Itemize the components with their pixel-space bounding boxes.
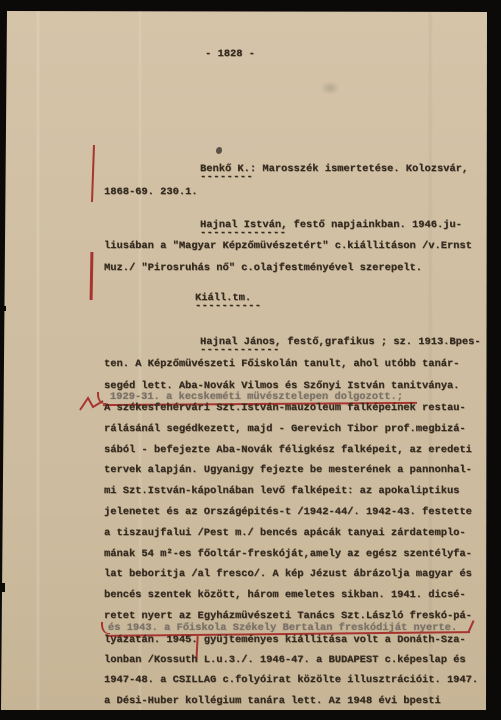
ink-smudge [216, 147, 222, 154]
paragraph-line: retet nyert az Egyházmüvészeti Tanács Sz… [104, 610, 472, 622]
red-margin-line-2 [90, 252, 93, 300]
kiall-underline: ---------- [195, 300, 261, 312]
paragraph-line: tervek alapján. Ugyanigy fejezte be mest… [104, 464, 472, 476]
paragraph-line: a tiszaujfalui /Pest m./ bencés apácák t… [104, 527, 466, 539]
hajnal-istvan-line-2: liusában a "Magyar Képzőmüvészetért" c.k… [104, 240, 472, 252]
paragraph-line: lyázatán. 1945. gyüjteményes kiállitása … [104, 634, 466, 646]
benko-entry-line-2: 1868-69. 230.1. [104, 186, 198, 198]
film-edge-notch [0, 583, 5, 592]
hajnal-istvan-underline: ------------- [200, 227, 286, 239]
paragraph-line: sából - befejezte Aba-Novák féligkész fa… [104, 444, 472, 456]
hajnal-janos-underline: ------------ [200, 344, 280, 356]
benko-underline: -------- [200, 171, 253, 183]
hajnal-istvan-line-3: Muz./ "Pirosruhás nő" c.olajfestményével… [104, 262, 422, 274]
film-edge-notch [0, 306, 6, 311]
paper-page: - 1828 - Benkő K.: Marosszék ismertetése… [0, 0, 501, 720]
paragraph-line: mi Szt.István-kápolnában levő falképeit:… [104, 485, 459, 497]
paragraph-line: rálásánál segédkezett, majd - Gerevich T… [104, 423, 466, 435]
paragraph-line: ten. A Képzőmüvészeti Főiskolán tanult, … [104, 358, 459, 370]
red-slash-mark [467, 620, 474, 633]
red-checkmark-icon [79, 395, 105, 413]
paragraph-line: A székesfehérvári Szt.István-mauzoleum f… [104, 402, 466, 414]
red-margin-line-1 [91, 145, 95, 202]
paragraph-line: mának 54 m²-es főoltár-freskóját,amely a… [104, 548, 472, 560]
paragraph-line: bencés szentek között, három emeletes si… [104, 589, 466, 601]
paragraph-line: jelenetet és az Országépités-t /1942-44/… [104, 506, 472, 518]
page-number: - 1828 - [205, 48, 255, 60]
paragraph-line: 1947-48. a CSILLAG c.folyóirat közölte i… [104, 674, 478, 686]
paragraph-line: lat beboritja /al fresco/. A kép Jézust … [104, 568, 472, 580]
scanned-document: - 1828 - Benkő K.: Marosszék ismertetése… [0, 0, 501, 720]
paragraph-line: lonban /Kossuth L.u.3./. 1946-47. a BUDA… [104, 654, 466, 666]
paragraph-line: a Dési-Huber kollégium tanára lett. Az 1… [104, 695, 441, 707]
red-paren-mark [101, 622, 110, 634]
